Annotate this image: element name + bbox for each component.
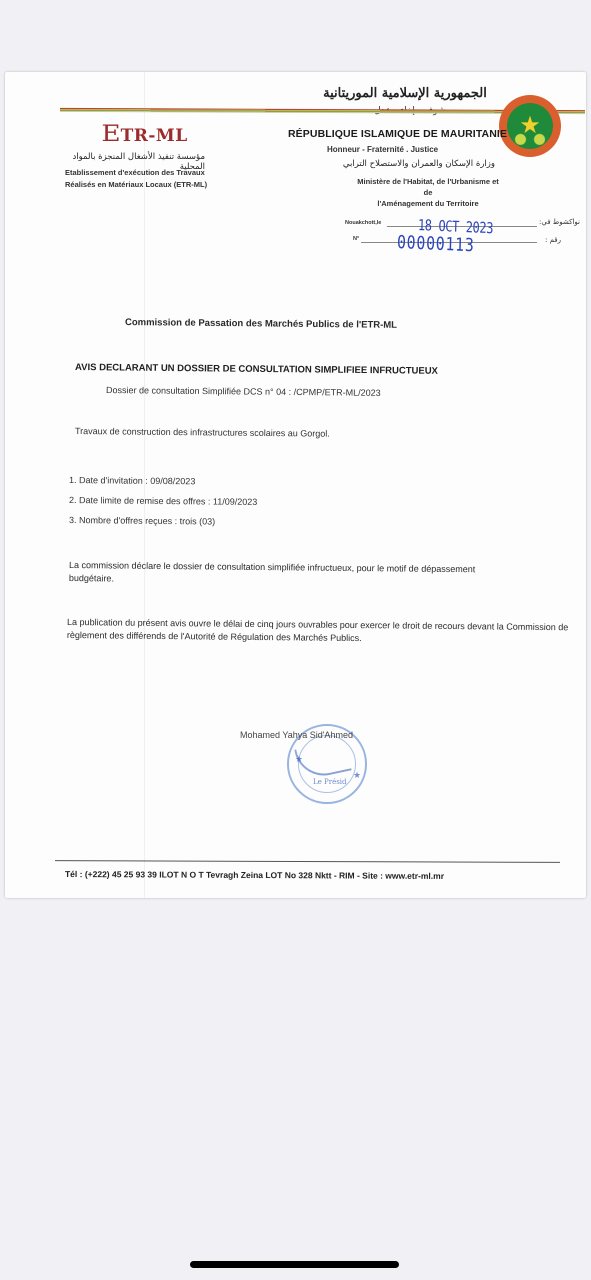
footer-contact: Tél : (+222) 45 25 93 39 ILOT N O T Tevr… [65,869,444,881]
notice-title: AVIS DECLARANT UN DOSSIER DE CONSULTATIO… [75,362,438,377]
list-item: 2. Date limite de remise des offres : 11… [69,495,257,517]
seal-star-icon: ★ [295,754,303,765]
state-name: RÉPUBLIQUE ISLAMIQUE DE MAURITANIE [288,128,507,140]
place-date-label: Nouakchott,le [345,220,381,226]
recourse-paragraph: La publication du présent avis ouvre le … [67,616,586,647]
state-motto: Honneur - Fraternité . Justice [327,145,438,154]
ministry-line: Ministère de l'Habitat, de l'Urbanisme e… [353,176,503,198]
seal-caption: Le Présid [313,778,347,786]
number-stamp: 00000113 [397,232,475,256]
emblem-star-icon: ★ [507,103,553,149]
organization-name-line: Etablissement d'exécution des Travaux [65,167,225,179]
national-emblem-icon: ★ [499,95,561,157]
organization-name-line: Réalisés en Matériaux Locaux (ETR-ML) [65,179,225,191]
list-item: 1. Date d'invitation : 09/08/2023 [69,475,257,497]
details-list: 1. Date d'invitation : 09/08/2023 2. Dat… [69,475,257,535]
organization-name: Etablissement d'exécution des Travaux Ré… [65,167,225,191]
emblem-palms-icon [511,131,549,145]
ministry-name: Ministère de l'Habitat, de l'Urbanisme e… [353,176,503,209]
logo-initial: E [101,122,121,147]
reference-block: Nouakchott,le نواكشوط في: N° رقم : 18 OC… [345,212,585,267]
arabic-state-name: الجمهورية الإسلامية الموريتانية [305,86,505,101]
document-page: الجمهورية الإسلامية الموريتانية شرف - إخ… [5,72,586,898]
list-item: 3. Nombre d'offres reçues : trois (03) [69,515,257,537]
seal-star-icon: ★ [353,770,361,781]
footer-divider [55,860,560,863]
subject-line: Travaux de construction des infrastructu… [75,426,330,439]
dossier-reference: Dossier de consultation Simplifiée DCS n… [106,385,381,398]
ministry-name-arabic: وزارة الإسكان والعمران والاستصلاح التراب… [325,159,495,169]
logo-text: TR-ML [121,126,188,146]
signatory-name: Mohamed Yahya Sid'Ahmed [240,730,353,740]
decision-paragraph: La commission déclare le dossier de cons… [69,559,509,590]
number-label-arabic: رقم : [545,236,561,244]
ministry-line: l'Aménagement du Territoire [353,198,503,209]
place-date-label-arabic: نواكشوط في: [539,218,580,226]
home-indicator[interactable] [190,1261,399,1268]
commission-heading: Commission de Passation des Marchés Publ… [125,317,397,331]
number-label: N° [353,236,359,242]
etr-ml-logo: ETR-ML [103,122,188,147]
